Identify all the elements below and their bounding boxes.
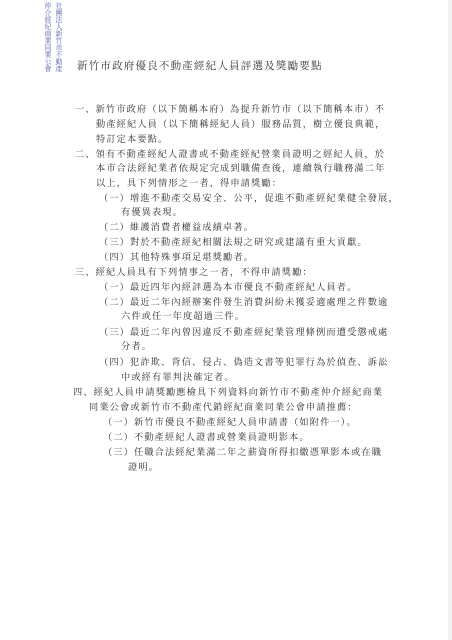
- text-line: 六件或任一年度超過三件。: [121, 308, 245, 322]
- text-line: （一）新竹市優良不動產經紀人員申請書（如附件一）。: [103, 414, 357, 428]
- text-line: （四）其他特殊事項足堪獎勵者。: [99, 249, 254, 263]
- text-line: 同業公會或新竹市不動產代銷經紀商業同業公會申請推薦：: [89, 399, 358, 413]
- text-line: 有優異表現。: [121, 204, 183, 218]
- text-line: 分者。: [121, 338, 152, 352]
- text-line: （一）增進不動產交易安全、公平，促進不動產經紀業健全發展，: [99, 190, 399, 204]
- text-line: （一）最近四年內經評選為本市優良不動產經紀人員者。: [99, 279, 357, 293]
- text-line: 四、經紀人員申請獎勵應檢具下列資料向新竹市不動產仲介經紀商業: [73, 384, 383, 398]
- text-line: 證明。: [128, 459, 159, 473]
- stamp-column-2: 仲介經紀商業同業公會: [43, 2, 53, 72]
- text-line: 三、經紀人員具有下列情事之一者，不得申請獎勵：: [75, 264, 313, 278]
- text-line: 動產經紀人員（以下簡稱經紀人員）服務品質，樹立優良典範，: [96, 116, 385, 130]
- text-line: （三）任職合法經紀業滿二年之薪資所得扣繳憑單影本或在職: [103, 444, 382, 458]
- text-line: （四）犯詐欺、背信、侵占、偽造文書等犯罪行為於偵查、訴訟: [99, 354, 388, 368]
- document-title: 新竹市政府優良不動產經紀人員評選及獎勵要點: [77, 58, 323, 73]
- association-stamp: 社團法人新竹市不動產 仲介經紀商業同業公會: [40, 2, 64, 72]
- text-line: 本市合法經紀業者依規定完成到職備查後，連續執行職務滿二年: [96, 160, 385, 174]
- text-line: （三）對於不動產經紀相關法規之研究或建議有重大貢獻。: [99, 234, 368, 248]
- text-line: 中或經有罪判決確定者。: [121, 369, 235, 383]
- stamp-column-1: 社團法人新竹市不動產: [54, 2, 64, 72]
- text-line: 以上，具下列情形之一者，得申請獎勵：: [96, 175, 282, 189]
- text-line: （二）維護消費者權益成績卓著。: [99, 219, 254, 233]
- page-edge: [448, 0, 452, 640]
- text-line: （二）不動產經紀人證書或營業員證明影本。: [103, 429, 310, 443]
- text-line: 特訂定本要點。: [96, 131, 168, 145]
- text-line: 二、領有不動產經紀人證書或不動產經紀營業員證明之經紀人員，於: [75, 146, 385, 160]
- text-line: （三）最近二年內曾因違反不動產經紀業管理條例而遭受懲戒處: [99, 324, 388, 338]
- text-line: 一、新竹市政府（以下簡稱本府）為提升新竹市（以下簡稱本市）不: [75, 101, 385, 115]
- text-line: （二）最近二年內經辦案件發生消費糾紛未獲妥適處理之件數逾: [99, 294, 388, 308]
